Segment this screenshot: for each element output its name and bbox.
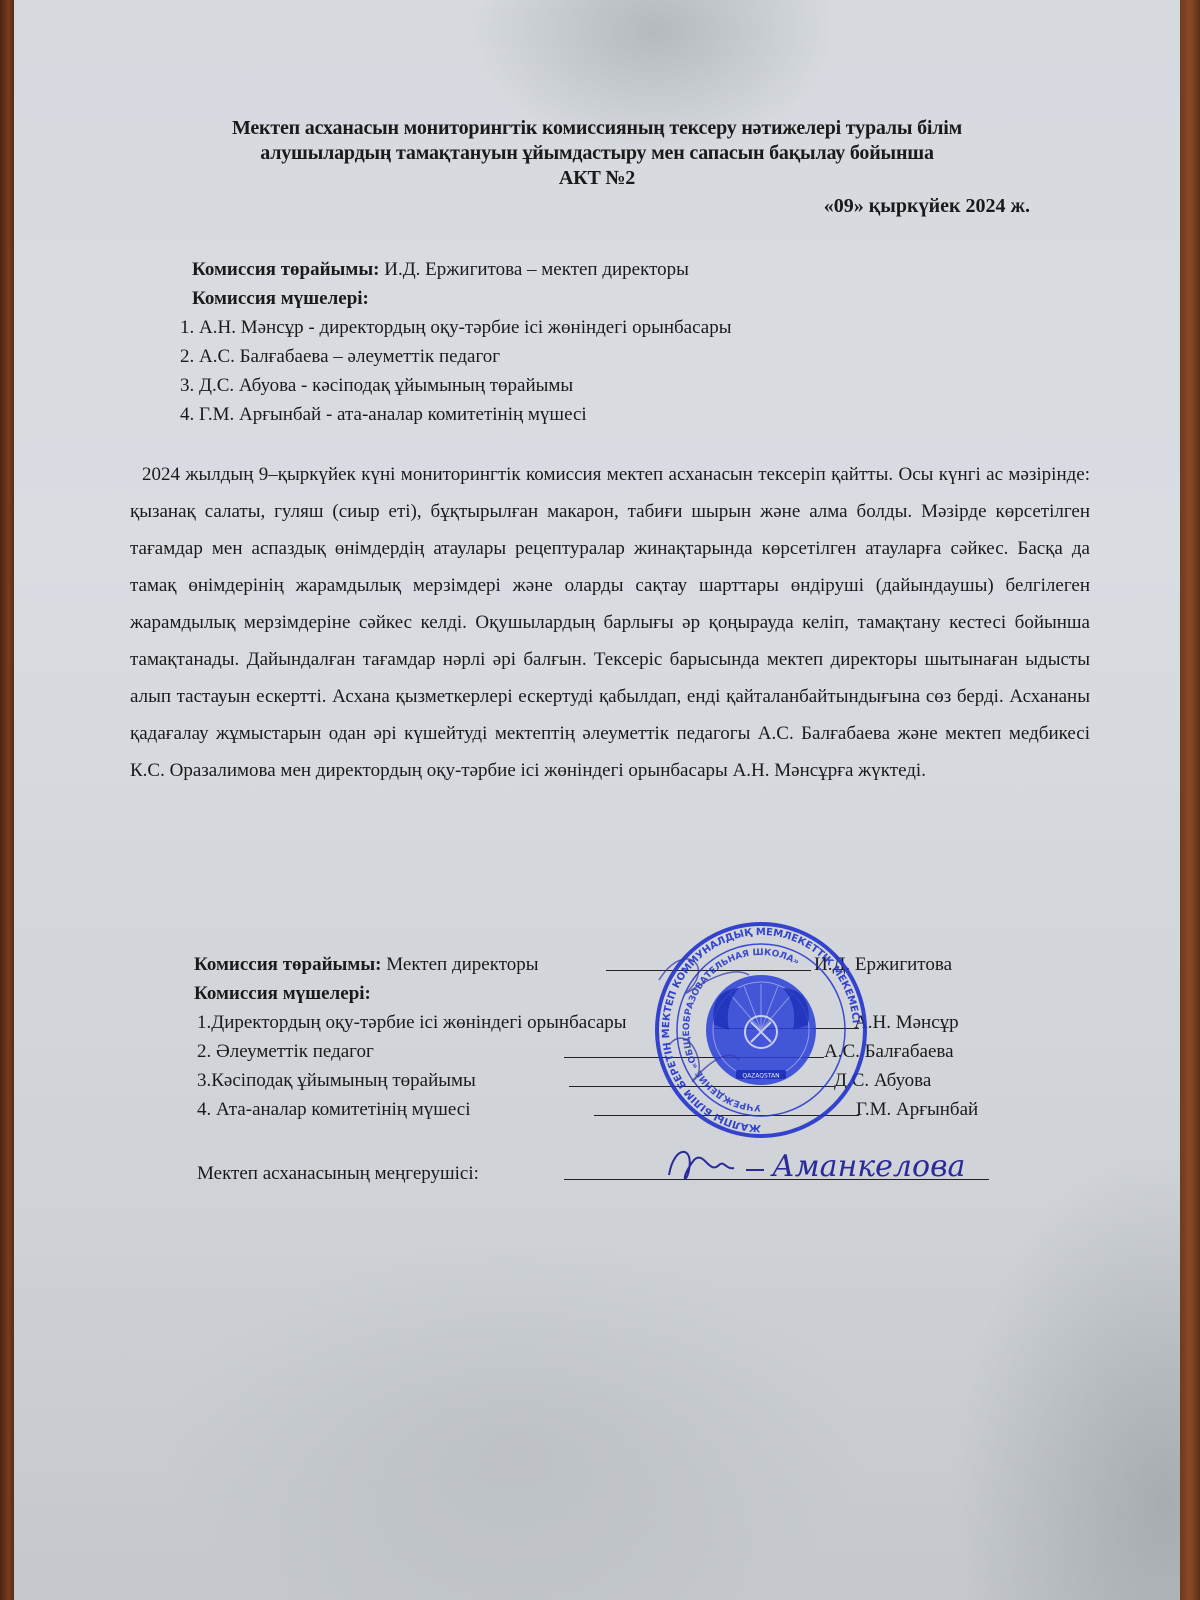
member-item: 1. А.Н. Мәнсұр - директордың оқу-тәрбие …: [180, 313, 731, 342]
commission-section: Комиссия төрайымы: И.Д. Ержигитова – мек…: [180, 255, 731, 429]
title-line-1: Мектеп асханасын мониторингтік комиссиян…: [14, 116, 1180, 141]
sign-name: А.С. Балғабаева: [824, 1037, 954, 1066]
sign-name: А.Н. Мәнсұр: [854, 1008, 959, 1037]
member-signature-row: 2. Әлеуметтік педагог А.С. Балғабаева: [194, 1037, 1014, 1066]
chair-label: Комиссия төрайымы:: [192, 259, 380, 280]
signature-line: [564, 1037, 824, 1058]
signature-line: [714, 1008, 859, 1029]
document-date: «09» қыркүйек 2024 ж.: [824, 195, 1030, 218]
member-item: 3. Д.С. Абуова - кәсіподақ ұйымының төра…: [180, 371, 731, 400]
member-signature-row: 4. Ата-аналар комитетінің мүшесі Г.М. Ар…: [194, 1095, 1014, 1124]
inspection-paragraph: 2024 жылдың 9–қыркүйек күні мониторингті…: [130, 456, 1090, 789]
chair-value: И.Д. Ержигитова – мектеп директоры: [384, 259, 689, 280]
members-label: Комиссия мүшелері:: [192, 284, 731, 313]
member-signature-row: 1.Директордың оқу-тәрбие ісі жөніндегі о…: [194, 1008, 1014, 1037]
member-item: 4. Г.М. Арғынбай - ата-аналар комитетіні…: [180, 400, 731, 429]
signature-line: [606, 950, 811, 971]
canteen-head-row: Мектеп асханасының меңгерушісі:: [194, 1159, 1014, 1188]
sign-role: 1.Директордың оқу-тәрбие ісі жөніндегі о…: [197, 1008, 627, 1037]
members-label-row: Комиссия мүшелері:: [194, 979, 1014, 1008]
sign-role: 3.Кәсіподақ ұйымының төрайымы: [197, 1066, 476, 1095]
sign-chair-label: Комиссия төрайымы:: [194, 954, 382, 975]
signature-line: [594, 1095, 859, 1116]
member-item: 2. А.С. Балғабаева – әлеуметтік педагог: [180, 342, 731, 371]
canteen-head-label: Мектеп асханасының меңгерушісі:: [197, 1159, 479, 1188]
document-title: Мектеп асханасын мониторингтік комиссиян…: [14, 116, 1180, 191]
commission-chair: Комиссия төрайымы: И.Д. Ержигитова – мек…: [192, 255, 731, 284]
sign-chair-role: Мектеп директоры: [382, 954, 539, 975]
sign-name: Д.С. Абуова: [834, 1066, 931, 1095]
signature-line: [564, 1159, 989, 1180]
sign-role: 4. Ата-аналар комитетінің мүшесі: [197, 1095, 471, 1124]
title-line-2: алушылардың тамақтануын ұйымдастыру мен …: [14, 141, 1180, 166]
signature-line: [569, 1066, 834, 1087]
chair-signature-row: Комиссия төрайымы: Мектеп директоры И.Д.…: [194, 950, 1014, 979]
wooden-table-left-edge: [0, 0, 14, 1600]
signature-block: Комиссия төрайымы: Мектеп директоры И.Д.…: [194, 950, 1014, 1188]
sign-members-label: Комиссия мүшелері:: [194, 979, 371, 1008]
document-page: Мектеп асханасын мониторингтік комиссиян…: [14, 0, 1180, 1600]
sign-name: Г.М. Арғынбай: [856, 1095, 978, 1124]
title-line-3: АКТ №2: [14, 166, 1180, 191]
sign-role: 2. Әлеуметтік педагог: [197, 1037, 374, 1066]
sign-chair-name: И.Д. Ержигитова: [814, 950, 952, 979]
member-signature-row: 3.Кәсіподақ ұйымының төрайымы Д.С. Абуов…: [194, 1066, 1014, 1095]
wooden-table-right-edge: [1180, 0, 1200, 1600]
